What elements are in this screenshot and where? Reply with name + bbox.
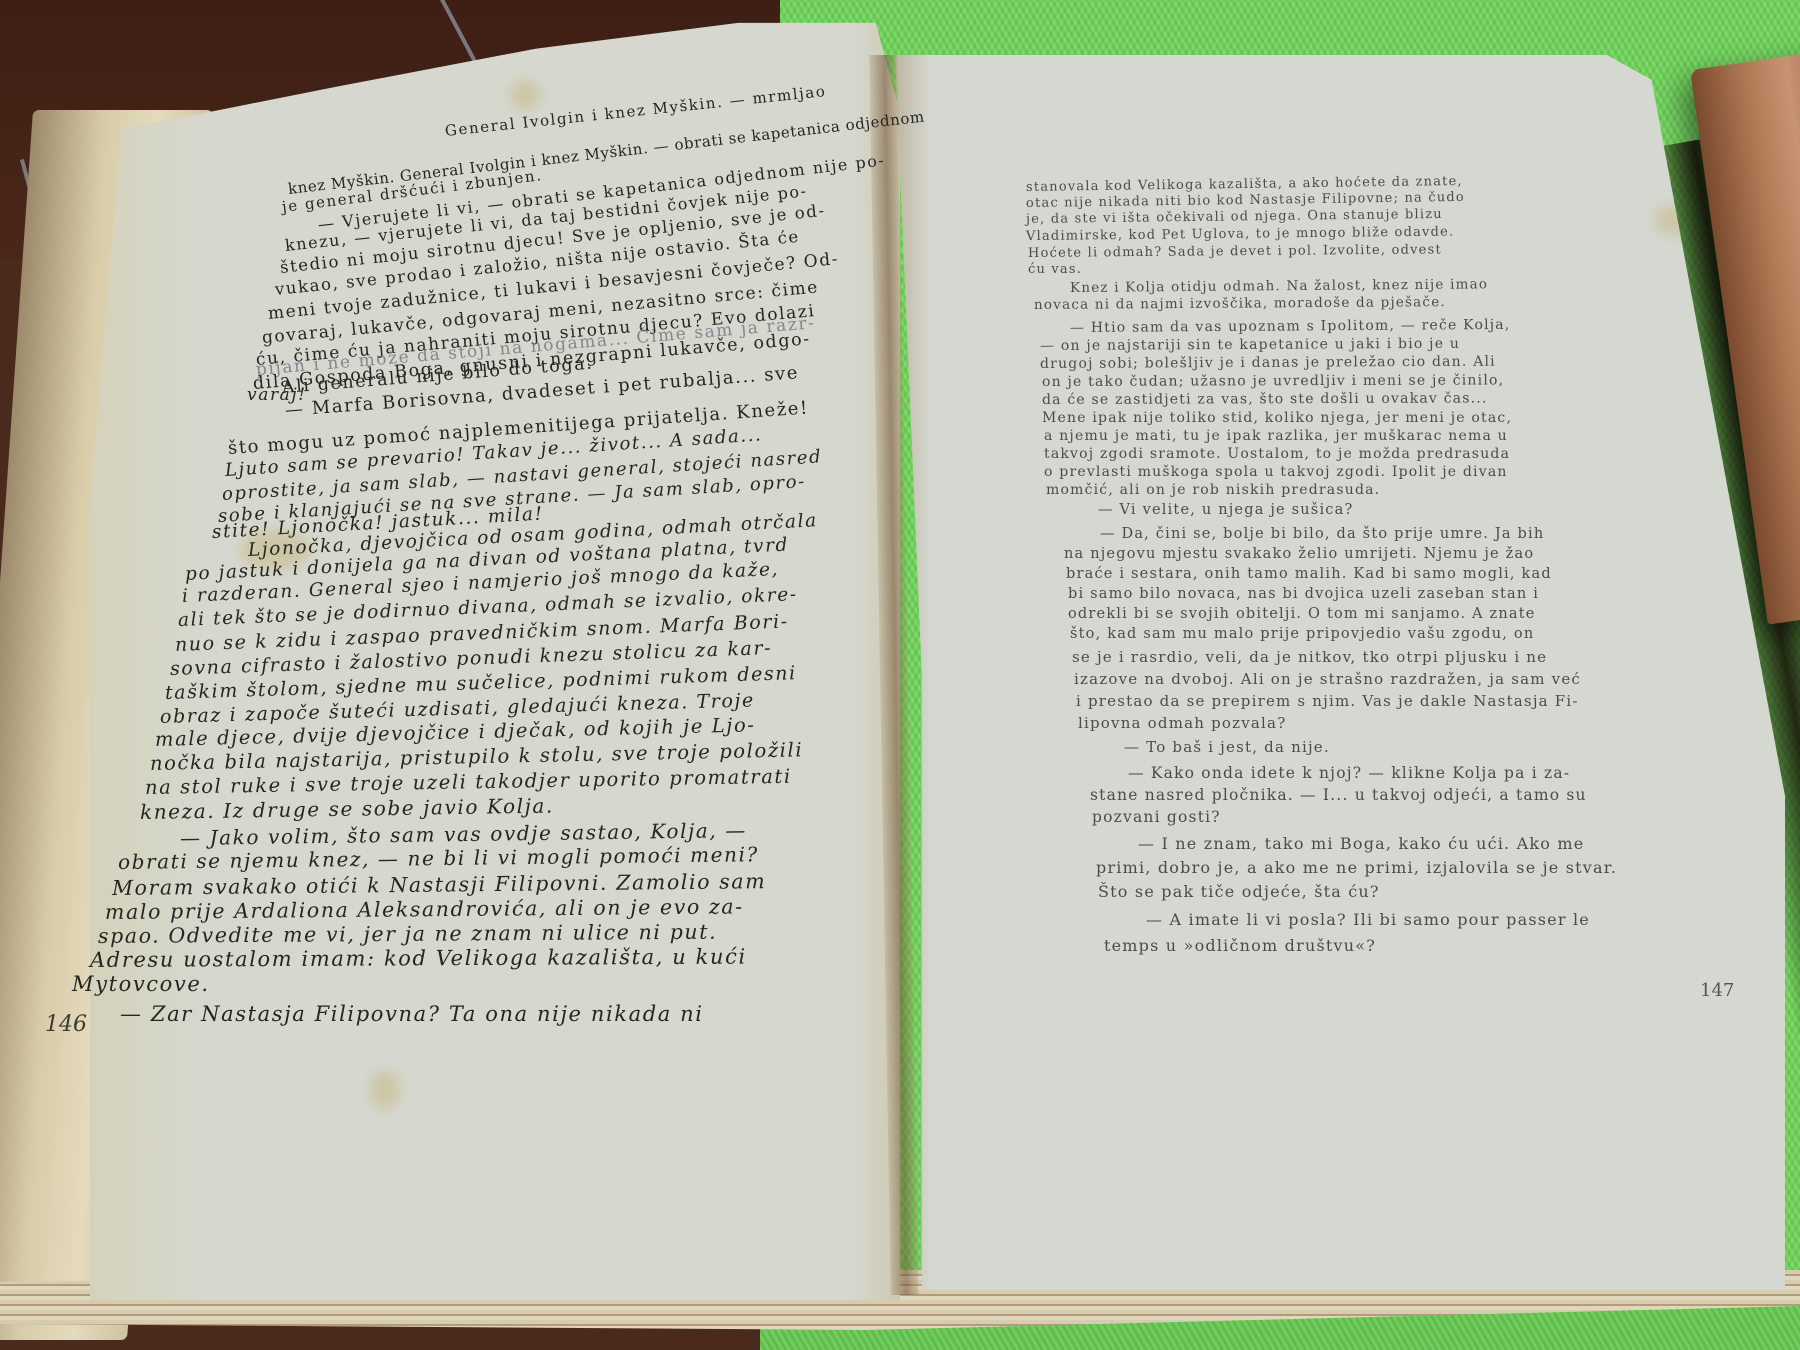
text-line: pozvani gosti? <box>1092 808 1221 826</box>
text-line: momčić, ali on je rob niskih predrasuda. <box>1046 482 1380 498</box>
text-line: a njemu je mati, tu je ipak razlika, jer… <box>1044 428 1508 444</box>
text-line: ću vas. <box>1028 262 1082 277</box>
page-number-right: 147 <box>1700 980 1734 1001</box>
text-line: odrekli bi se svojih obitelji. O tom mi … <box>1068 606 1536 622</box>
text-line: temps u »odličnom društvu«? <box>1104 936 1376 955</box>
text-line: — Da, čini se, bolje bi bilo, da što pri… <box>1100 526 1544 542</box>
text-line: Mene ipak nije toliko stid, koliko njega… <box>1042 410 1512 426</box>
right-page-text: stanovala kod Velikoga kazališta, a ako … <box>0 0 1800 1100</box>
text-line: — A imate li vi posla? Ili bi samo pour … <box>1146 910 1590 929</box>
text-line: — Htio sam da vas upoznam s Ipolitom, — … <box>1070 317 1511 336</box>
text-line: što, kad sam mu malo prije pripovjedio v… <box>1070 626 1534 642</box>
text-line: se je i rasrdio, veli, da je nitkov, tko… <box>1072 648 1547 666</box>
text-line: i prestao da se prepirem s njim. Vas je … <box>1076 692 1579 710</box>
text-line: — I ne znam, tako mi Boga, kako ću ući. … <box>1138 834 1584 853</box>
text-line: braće i sestara, onih tamo malih. Kad bi… <box>1066 566 1552 582</box>
text-line: na njegovu mjestu svakako želio umrijeti… <box>1064 546 1534 562</box>
text-line: — on je najstariji sin te kapetanice u j… <box>1040 336 1460 354</box>
text-line: — Kako onda idete k njoj? — klikne Kolja… <box>1128 764 1570 782</box>
text-line: o prevlasti muškoga spola u takvoj zgodi… <box>1044 464 1508 480</box>
text-line: on je tako čudan; užasno je uvredljiv i … <box>1042 372 1504 390</box>
text-line: da će se zastidjeti za vas, što ste došl… <box>1042 390 1488 408</box>
text-line: Knez i Kolja otidju odmah. Na žalost, kn… <box>1070 276 1488 296</box>
text-line: — To baš i jest, da nije. <box>1124 738 1330 756</box>
text-line: takvoj zgodi sramote. Uostalom, to je mo… <box>1044 446 1510 462</box>
text-line: Vladimirske, kod Pet Uglova, to je mnogo… <box>1026 225 1454 244</box>
text-line: primi, dobro je, a ako me ne primi, izja… <box>1096 858 1617 877</box>
text-line: stane nasred pločnika. — I... u takvoj o… <box>1090 786 1587 804</box>
text-line: drugoj sobi; bolešljiv je i danas je pre… <box>1040 354 1496 372</box>
text-line: lipovna odmah pozvala? <box>1078 714 1286 732</box>
text-line: Što se pak tiče odjeće, šta ću? <box>1098 882 1380 901</box>
text-line: izazove na dvoboj. Ali on je strašno raz… <box>1074 670 1581 688</box>
text-line: — Vi velite, u njega je sušica? <box>1098 502 1353 518</box>
text-line: bi samo bilo novaca, nas bi dvojica uzel… <box>1068 586 1539 602</box>
text-line: novaca ni da najmi izvoščika, moradoše d… <box>1034 294 1446 313</box>
text-line: Hoćete li odmah? Sada je devet i pol. Iz… <box>1028 242 1442 261</box>
